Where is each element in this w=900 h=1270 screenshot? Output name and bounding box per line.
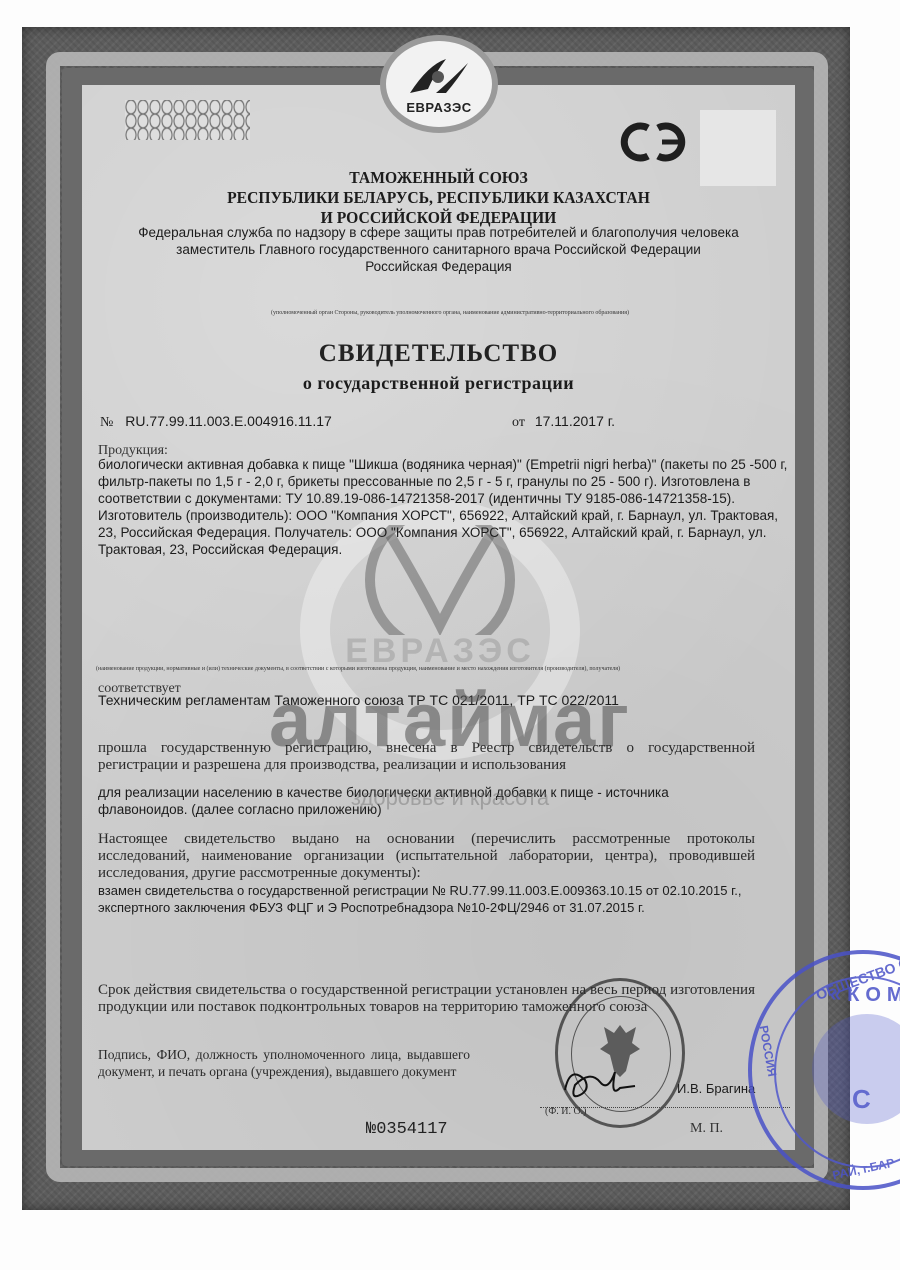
- authority-note: (уполномоченный орган Стороны, руководит…: [100, 310, 800, 316]
- security-pattern: [125, 100, 250, 140]
- product-note: (наименование продукции, нормативные и (…: [96, 666, 796, 672]
- evrazes-logo: ЕВРАЗЭС: [380, 35, 498, 133]
- signature-icon: [560, 1060, 640, 1105]
- union-line-1: ТАМОЖЕННЫЙ СОЮЗ: [111, 168, 767, 188]
- evrazes-emblem-icon: [406, 55, 472, 97]
- se-conformity-mark-icon: [618, 118, 692, 166]
- stamp-company-text: «КОМ: [830, 984, 900, 1007]
- number-prefix: №: [100, 415, 113, 430]
- number-value: RU.77.99.11.003.E.004916.11.17: [125, 413, 332, 429]
- basis-label: Настоящее свидетельство выдано на основа…: [98, 831, 755, 882]
- seal-caption: М. П.: [690, 1121, 723, 1137]
- signatory-name: И.В. Брагина: [677, 1081, 755, 1096]
- signature-label: Подпись, ФИО, должность уполномоченного …: [98, 1046, 470, 1080]
- document-title: СВИДЕТЕЛЬСТВО: [82, 340, 795, 368]
- logo-text: ЕВРАЗЭС: [406, 100, 471, 115]
- stamp-letters: С Т: [852, 1084, 900, 1115]
- registration-number: № RU.77.99.11.003.E.004916.11.17: [100, 413, 332, 431]
- union-line-2: РЕСПУБЛИКИ БЕЛАРУСЬ, РЕСПУБЛИКИ КАЗАХСТА…: [111, 188, 767, 208]
- watermark-tagline: здоровье и красота: [300, 785, 600, 811]
- date-prefix: от: [512, 415, 525, 430]
- authority-line-1: Федеральная служба по надзору в сфере за…: [82, 224, 795, 241]
- authority-block: Федеральная служба по надзору в сфере за…: [82, 224, 795, 275]
- authority-line-2: заместитель Главного государственного са…: [82, 241, 795, 258]
- date-value: 17.11.2017 г.: [535, 413, 615, 429]
- form-number: №0354117: [366, 1120, 448, 1139]
- registration-text: прошла государственную регистрацию, внес…: [98, 740, 755, 774]
- authority-line-3: Российская Федерация: [82, 258, 795, 275]
- union-title: ТАМОЖЕННЫЙ СОЮЗ РЕСПУБЛИКИ БЕЛАРУСЬ, РЕС…: [111, 168, 767, 228]
- fio-caption: (Ф. И. О.): [545, 1106, 587, 1117]
- basis-text: взамен свидетельства о государственной р…: [98, 882, 778, 916]
- registration-date: от 17.11.2017 г.: [512, 413, 615, 431]
- product-description: биологически активная добавка к пище "Ши…: [98, 456, 792, 558]
- document-subtitle: о государственной регистрации: [82, 373, 795, 394]
